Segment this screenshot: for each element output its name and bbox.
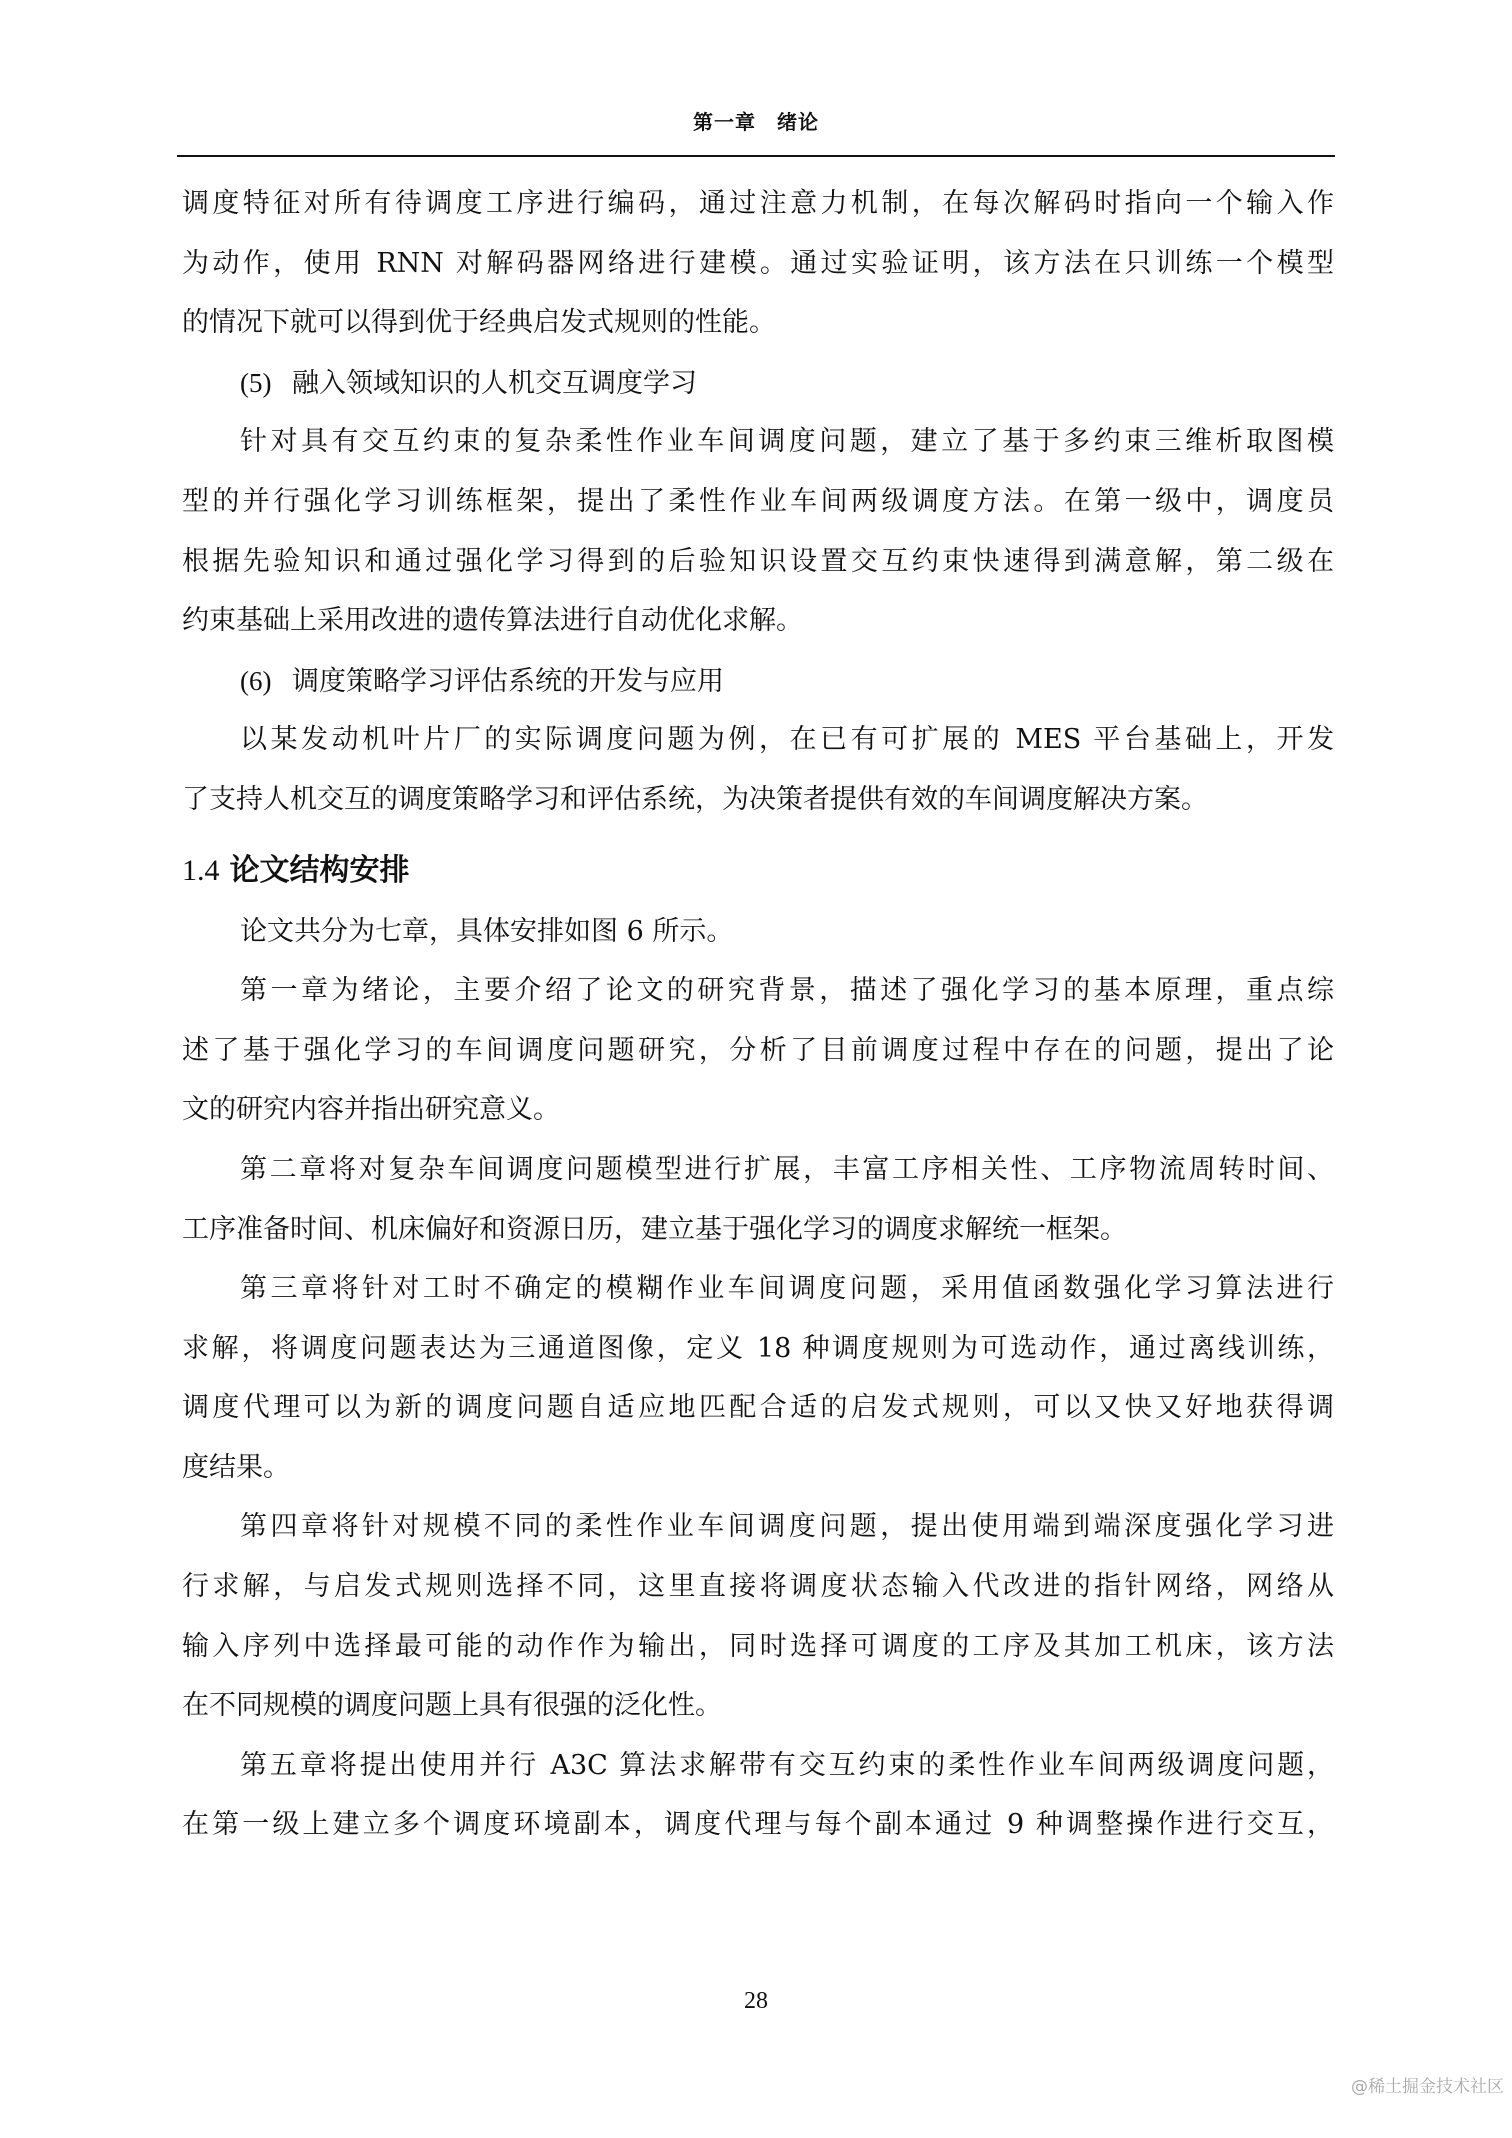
item-number: (6) [240, 661, 292, 701]
paragraph-continuation: 调度特征对所有待调度工序进行编码，通过注意力机制，在每次解码时指向一个输入作 为… [182, 184, 1334, 363]
text-line: 论文共分为七章，具体安排如图 6 所示。 [182, 912, 1334, 972]
text-line: 在第一级上建立多个调度环境副本，调度代理与每个副本通过 9 种调整操作进行交互， [182, 1805, 1334, 1865]
page-number: 28 [0, 1988, 1512, 2015]
text-line: 行求解，与启发式规则选择不同，这里直接将调度状态输入代改进的指针网络，网络从 [182, 1567, 1334, 1627]
text-line: 调度特征对所有待调度工序进行编码，通过注意力机制，在每次解码时指向一个输入作 [182, 184, 1334, 244]
text-line: 以某发动机叶片厂的实际调度问题为例，在已有可扩展的 MES 平台基础上，开发 [182, 720, 1334, 780]
watermark: @稀土掘金技术社区 [1351, 2072, 1504, 2097]
list-item-5: (5)融入领域知识的人机交互调度学习 [182, 363, 1334, 423]
running-header: 第一章 绪论 [0, 106, 1512, 135]
text-line: 调度代理可以为新的调度问题自适应地匹配合适的启发式规则，可以又快又好地获得调 [182, 1388, 1334, 1448]
paragraph: 论文共分为七章，具体安排如图 6 所示。 [182, 912, 1334, 972]
text-line: 型的并行强化学习训练框架，提出了柔性作业车间两级调度方法。在第一级中，调度员 [182, 482, 1334, 542]
paragraph-chapter-5: 第五章将提出使用并行 A3C 算法求解带有交互约束的柔性作业车间两级调度问题， … [182, 1746, 1334, 1865]
text-line: 第二章将对复杂车间调度问题模型进行扩展，丰富工序相关性、工序物流周转时间、 [182, 1150, 1334, 1210]
text-line: 第五章将提出使用并行 A3C 算法求解带有交互约束的柔性作业车间两级调度问题， [182, 1746, 1334, 1806]
paragraph-chapter-3: 第三章将针对工时不确定的模糊作业车间调度问题，采用值函数强化学习算法进行 求解，… [182, 1269, 1334, 1507]
text-line: 为动作，使用 RNN 对解码器网络进行建模。通过实验证明，该方法在只训练一个模型 [182, 244, 1334, 304]
header-rule [177, 155, 1335, 157]
list-item-6: (6)调度策略学习评估系统的开发与应用 [182, 661, 1334, 721]
text-line: 述了基于强化学习的车间调度问题研究，分析了目前调度过程中存在的问题，提出了论 [182, 1031, 1334, 1091]
item-number: (5) [240, 363, 292, 403]
text-line: 文的研究内容并指出研究意义。 [182, 1090, 1334, 1150]
section-heading: 1.4论文结构安排 [182, 840, 1334, 912]
text-line: 第四章将针对规模不同的柔性作业车间调度问题，提出使用端到端深度强化学习进 [182, 1507, 1334, 1567]
paragraph-chapter-2: 第二章将对复杂车间调度问题模型进行扩展，丰富工序相关性、工序物流周转时间、 工序… [182, 1150, 1334, 1269]
item-title: 调度策略学习评估系统的开发与应用 [292, 666, 724, 697]
section-number: 1.4 [182, 854, 220, 887]
text-line: 第一章为绪论，主要介绍了论文的研究背景，描述了强化学习的基本原理，重点综 [182, 971, 1334, 1031]
text-line: 针对具有交互约束的复杂柔性作业车间调度问题，建立了基于多约束三维析取图模 [182, 422, 1334, 482]
item-title: 融入领域知识的人机交互调度学习 [292, 368, 697, 399]
section-title: 论文结构安排 [230, 853, 410, 888]
paragraph: 以某发动机叶片厂的实际调度问题为例，在已有可扩展的 MES 平台基础上，开发 了… [182, 720, 1334, 839]
text-line: 输入序列中选择最可能的动作作为输出，同时选择可调度的工序及其加工机床，该方法 [182, 1627, 1334, 1687]
text-line: 根据先验知识和通过强化学习得到的后验知识设置交互约束快速得到满意解，第二级在 [182, 542, 1334, 602]
text-line: 了支持人机交互的调度策略学习和评估系统，为决策者提供有效的车间调度解决方案。 [182, 780, 1334, 840]
text-line: 度结果。 [182, 1448, 1334, 1508]
paragraph-chapter-1: 第一章为绪论，主要介绍了论文的研究背景，描述了强化学习的基本原理，重点综 述了基… [182, 971, 1334, 1150]
text-line: 的情况下就可以得到优于经典启发式规则的性能。 [182, 303, 1334, 363]
text-line: 第三章将针对工时不确定的模糊作业车间调度问题，采用值函数强化学习算法进行 [182, 1269, 1334, 1329]
text-line: 工序准备时间、机床偏好和资源日历，建立基于强化学习的调度求解统一框架。 [182, 1210, 1334, 1270]
text-line: 在不同规模的调度问题上具有很强的泛化性。 [182, 1686, 1334, 1746]
paragraph: 针对具有交互约束的复杂柔性作业车间调度问题，建立了基于多约束三维析取图模 型的并… [182, 422, 1334, 660]
paragraph-chapter-4: 第四章将针对规模不同的柔性作业车间调度问题，提出使用端到端深度强化学习进 行求解… [182, 1507, 1334, 1745]
text-line: 约束基础上采用改进的遗传算法进行自动优化求解。 [182, 601, 1334, 661]
text-line: 求解，将调度问题表达为三通道图像，定义 18 种调度规则为可选动作，通过离线训练… [182, 1329, 1334, 1389]
page-body: 调度特征对所有待调度工序进行编码，通过注意力机制，在每次解码时指向一个输入作 为… [182, 184, 1334, 1865]
